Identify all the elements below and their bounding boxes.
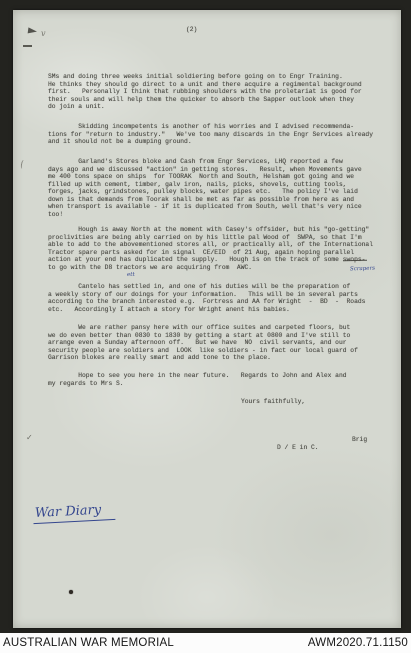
handwritten-correction-swops: Scrapers [350,266,375,273]
institution-name: AUSTRALIAN WAR MEMORIAL [3,637,174,649]
signature-title: D / E in C. [277,444,319,452]
letter-page: (2) SMs and doing three weeks initial so… [13,10,401,628]
closing-salutation: Yours faithfully, [241,398,305,406]
paragraph-3: Garland's Stores bloke and Cash from Eng… [48,158,362,218]
pencil-tick-mark: v [41,29,46,38]
paragraph-4: Hough is away North at the moment with C… [48,226,373,271]
pencil-margin-mark [20,160,26,170]
paragraph-1: SMs and doing three weeks initial soldie… [48,73,362,111]
paragraph-7: Hope to see you here in the near future.… [48,372,347,387]
pencil-check-mark: ✓ [26,433,33,442]
pencil-dash-mark [23,45,32,47]
signature-rank: Brig [352,436,367,444]
scanned-document-view: (2) SMs and doing three weeks initial so… [0,0,411,653]
ink-blot [69,590,73,594]
page-number: (2) [186,26,197,34]
archive-reference-number: AWM2020.71.1150 [308,637,408,649]
paragraph-5: Cantelo has settled in, and one of his d… [48,283,365,313]
archive-caption-bar: AUSTRALIAN WAR MEMORIAL AWM2020.71.1150 [0,633,411,653]
handwritten-correction-settled: ett [127,272,135,278]
handwritten-war-diary-note: War Diary [33,502,116,524]
paragraph-6: We are rather pansy here with our office… [48,324,358,362]
pencil-arrow-mark [28,27,38,34]
paragraph-2: Skidding incompetents is another of his … [48,123,373,146]
